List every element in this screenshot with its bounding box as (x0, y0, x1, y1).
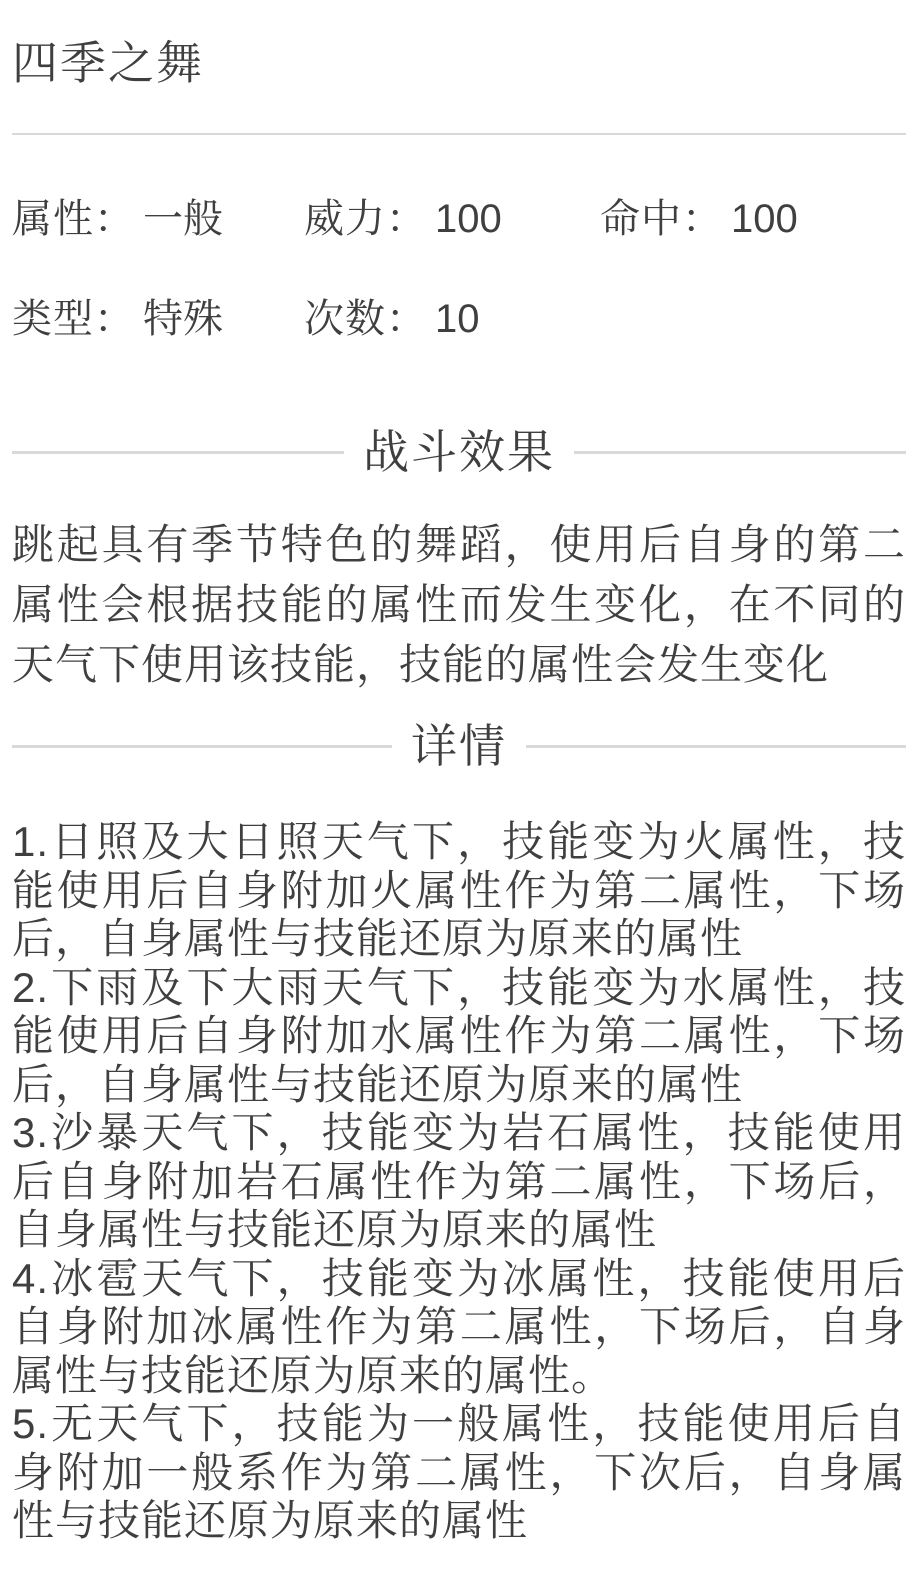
detail-item-4: 4.冰雹天气下，技能变为冰属性，技能使用后自身附加冰属性作为第二属性，下场后，自… (12, 1255, 906, 1401)
battle-effect-header: 战斗效果 (12, 423, 906, 481)
stat-attribute-label: 属性： (12, 197, 135, 241)
detail-item-2: 2.下雨及下大雨天气下，技能变为水属性，技能使用后自身附加水属性作为第二属性，下… (12, 964, 906, 1110)
stat-accuracy-value: 100 (731, 197, 798, 241)
stat-uses: 次数：10 (304, 297, 600, 341)
stat-type: 类型：特殊 (12, 297, 304, 341)
stat-attribute-value: 一般 (143, 197, 223, 241)
stat-power-label: 威力： (304, 197, 427, 241)
stat-type-label: 类型： (12, 297, 135, 341)
detail-item-5: 5.无天气下，技能为一般属性，技能使用后自身附加一般系作为第二属性，下次后，自身… (12, 1400, 906, 1546)
header-rule-right (526, 745, 906, 748)
stat-uses-label: 次数： (304, 297, 427, 341)
battle-effect-heading: 战斗效果 (363, 423, 555, 481)
stat-power-value: 100 (435, 197, 502, 241)
skill-detail-page: 四季之舞 属性：一般 威力：100 命中：100 类型：特殊 次数：10 战斗效… (0, 0, 918, 1546)
skill-stats: 属性：一般 威力：100 命中：100 类型：特殊 次数：10 (12, 197, 906, 341)
header-rule-left (12, 451, 344, 454)
stat-uses-value: 10 (435, 297, 480, 341)
detail-item-1: 1.日照及大日照天气下，技能变为火属性，技能使用后自身附加火属性作为第二属性，下… (12, 818, 906, 964)
header-rule-right (574, 451, 906, 454)
battle-effect-description: 跳起具有季节特色的舞蹈，使用后自身的第二属性会根据技能的属性而发生变化，在不同的… (12, 515, 906, 695)
stat-accuracy-label: 命中： (600, 197, 723, 241)
page-title: 四季之舞 (12, 0, 906, 90)
stat-attribute: 属性：一般 (12, 197, 304, 241)
stat-power: 威力：100 (304, 197, 600, 241)
detail-item-3: 3.沙暴天气下，技能变为岩石属性，技能使用后自身附加岩石属性作为第二属性，下场后… (12, 1109, 906, 1255)
details-heading: 详情 (411, 717, 507, 775)
details-header: 详情 (12, 717, 906, 775)
stat-accuracy: 命中：100 (600, 197, 906, 241)
details-list: 1.日照及大日照天气下，技能变为火属性，技能使用后自身附加火属性作为第二属性，下… (12, 818, 906, 1546)
header-rule-left (12, 745, 392, 748)
title-divider (12, 133, 906, 135)
stat-type-value: 特殊 (143, 297, 223, 341)
